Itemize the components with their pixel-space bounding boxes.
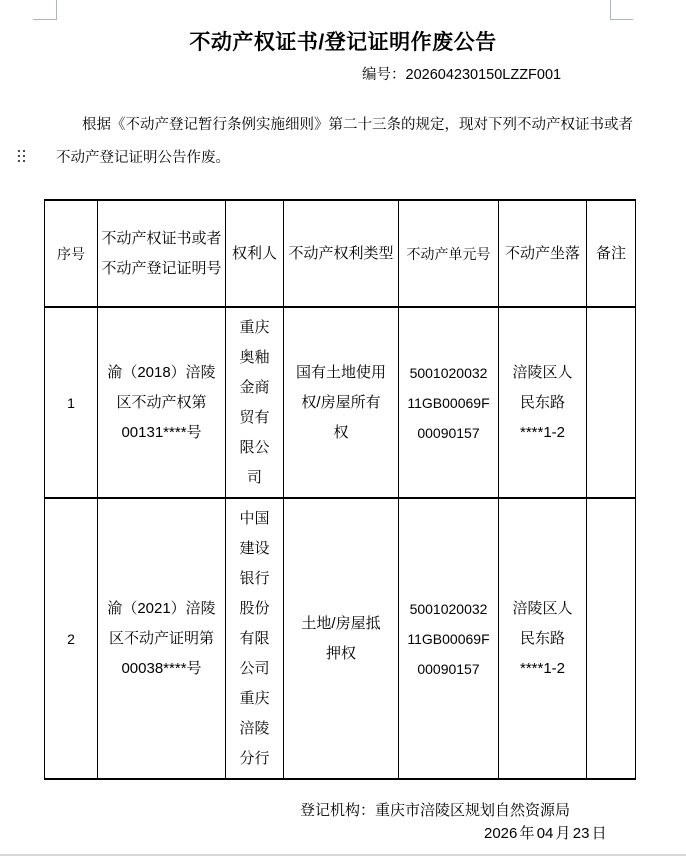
table-cell: 渝（2018）涪陵 区不动产权第 00131****号 xyxy=(98,307,226,498)
table-header-cell: 序号 xyxy=(45,200,98,307)
table-cell: 渝（2021）涪陵 区不动产证明第 00038****号 xyxy=(98,498,226,779)
table-header-cell: 不动产单元号 xyxy=(399,200,499,307)
object-anchor-dots-icon xyxy=(18,150,20,152)
table-cell xyxy=(587,498,636,779)
table-cell: 涪陵区人 民东路 ****1-2 xyxy=(499,307,587,498)
table-cell: 5001020032 11GB00069F 00090157 xyxy=(399,307,499,498)
table-cell: 土地/房屋抵 押权 xyxy=(284,498,399,779)
table-cell: 涪陵区人 民东路 ****1-2 xyxy=(499,498,587,779)
table-cell: 重庆 奥釉 金商 贸有 限公 司 xyxy=(226,307,284,498)
footer-date: 2026 年 04 月 23 日 xyxy=(484,822,607,843)
table-header-cell: 备注 xyxy=(587,200,636,307)
table-cell: 国有土地使用 权/房屋所有 权 xyxy=(284,307,399,498)
margin-corner-mark-top-left xyxy=(33,0,57,20)
page-title: 不动产权证书/登记证明作废公告 xyxy=(0,26,686,56)
table-header-cell: 权利人 xyxy=(226,200,284,307)
table-cell: 中国 建设 银行 股份 有限 公司 重庆 涪陵 分行 xyxy=(226,498,284,779)
table-row: 2渝（2021）涪陵 区不动产证明第 00038****号中国 建设 银行 股份… xyxy=(45,498,636,779)
table-header-cell: 不动产权利类型 xyxy=(284,200,399,307)
table-body: 1渝（2018）涪陵 区不动产权第 00131****号重庆 奥釉 金商 贸有 … xyxy=(45,307,636,779)
table-cell: 1 xyxy=(45,307,98,498)
margin-corner-mark-top-right xyxy=(610,0,633,20)
table-cell: 2 xyxy=(45,498,98,779)
page-bottom-edge xyxy=(0,854,686,856)
intro-paragraph: 根据《不动产登记暂行条例实施细则》第二十三条的规定，现对下列不动产权证书或者 不… xyxy=(56,109,638,175)
table-row: 1渝（2018）涪陵 区不动产权第 00131****号重庆 奥釉 金商 贸有 … xyxy=(45,307,636,498)
document-page: 不动产权证书/登记证明作废公告 编号：202604230150LZZF001 根… xyxy=(0,0,686,859)
invalidation-notice-table: 序号不动产权证书或者 不动产登记证明号权利人不动产权利类型不动产单元号不动产坐落… xyxy=(44,199,636,780)
table-header-cell: 不动产坐落 xyxy=(499,200,587,307)
footer-registration-authority: 登记机构：重庆市涪陵区规划自然资源局 xyxy=(300,799,570,820)
table-header-row: 序号不动产权证书或者 不动产登记证明号权利人不动产权利类型不动产单元号不动产坐落… xyxy=(45,200,636,307)
table-cell xyxy=(587,307,636,498)
table-cell: 5001020032 11GB00069F 00090157 xyxy=(399,498,499,779)
table-header-cell: 不动产权证书或者 不动产登记证明号 xyxy=(98,200,226,307)
document-number: 编号：202604230150LZZF001 xyxy=(362,63,561,84)
